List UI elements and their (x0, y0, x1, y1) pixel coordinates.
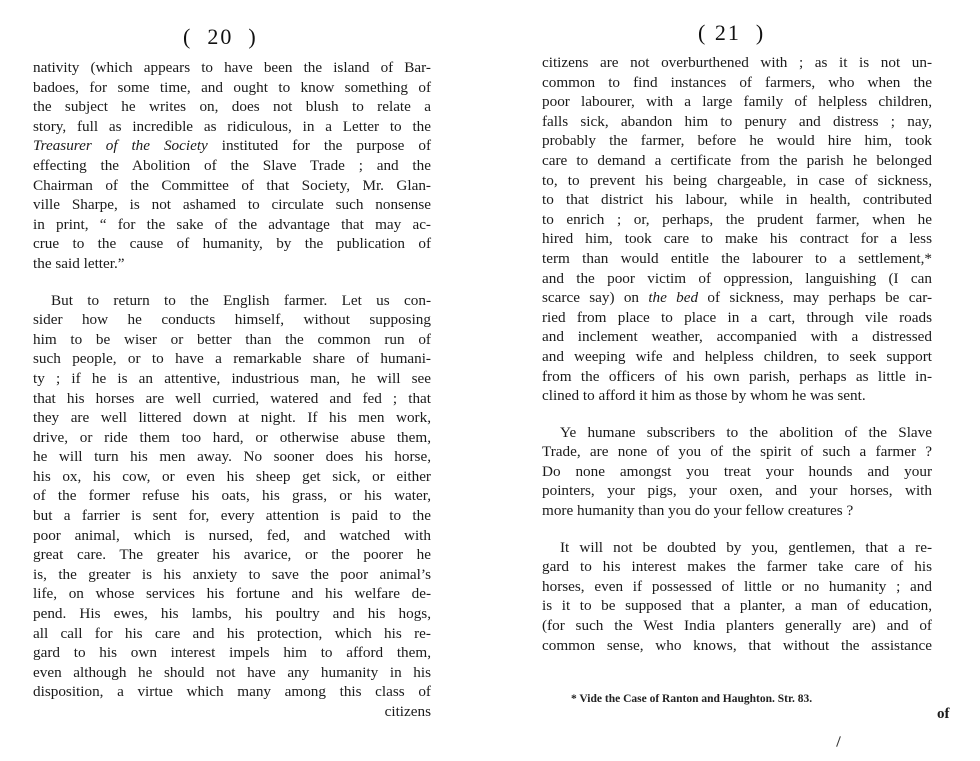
text-line: sider how he conducts himself, without s… (33, 310, 431, 330)
text-line: (for such the West India planters genera… (542, 616, 932, 636)
text-line: ville Sharpe, is not ashamed to circulat… (33, 195, 431, 215)
text-line: gard to his own interest impels him to a… (33, 643, 431, 663)
paragraph-gap (542, 521, 932, 538)
text-line: crue to the cause of humanity, by the pu… (33, 234, 431, 254)
text-line: he will turn his men away. No sooner doe… (33, 447, 431, 467)
text-line: effecting the Abolition of the Slave Tra… (33, 156, 431, 176)
catchword: citizens (33, 702, 431, 722)
text-line: even although he should not have any hum… (33, 663, 431, 683)
text-line: citizens are not overburthened with ; as… (542, 53, 932, 73)
text-line: It will not be doubted by you, gentlemen… (542, 538, 932, 558)
text-line: poor labourer, with a large family of he… (542, 92, 932, 112)
page-number: ( 20 ) (183, 24, 258, 50)
text-line: that his horses are well curried, watere… (33, 389, 431, 409)
text-line: is, the greater is his anxiety to save t… (33, 565, 431, 585)
text-line: nativity (which appears to have been the… (33, 58, 431, 78)
text-line: is it to be supposed that a planter, a m… (542, 596, 932, 616)
text-line: to, to prevent his being chargeable, in … (542, 171, 932, 191)
text-line: pointers, your pigs, your oxen, and your… (542, 481, 932, 501)
text-line: him to be wiser or better than the commo… (33, 330, 431, 350)
text-line: horses, even if possessed of little or n… (542, 577, 932, 597)
page-number: ( 21 ) (698, 20, 765, 46)
text-line: and inclement weather, accompanied with … (542, 327, 932, 347)
text-line: drive, or ride them too hard, or otherwi… (33, 428, 431, 448)
right-page: ( 21 ) citizens are not overburthened wi… (490, 0, 980, 761)
text-line: care to demand a certificate from the pa… (542, 151, 932, 171)
text-line: and weeping wife and helpless children, … (542, 347, 932, 367)
text-line: Treasurer of the Society instituted for … (33, 136, 431, 156)
text-line: common sense, who knows, that without th… (542, 636, 932, 656)
footnote: * Vide the Case of Ranton and Haughton. … (571, 693, 812, 705)
text-line: to that district his labour, while in he… (542, 190, 932, 210)
text-line: of the former refuse his oats, his grass… (33, 486, 431, 506)
text-line: scarce say) on the bed of sickness, may … (542, 288, 932, 308)
text-line: Trade, are none of you of the spirit of … (542, 442, 932, 462)
paragraph-gap (542, 406, 932, 423)
text-line: the said letter.” (33, 254, 431, 274)
left-page: ( 20 ) nativity (which appears to have b… (0, 0, 490, 761)
text-line: story, full as incredible as ridiculous,… (33, 117, 431, 137)
text-line: such people, or to have a remarkable sha… (33, 349, 431, 369)
text-line: life, on whose services his fortune and … (33, 584, 431, 604)
text-line: ty ; if he is an attentive, industrious … (33, 369, 431, 389)
text-line: more humanity than you do your fellow cr… (542, 501, 932, 521)
text-line: all call for his care and his protection… (33, 624, 431, 644)
text-line: they are well littered down at night. If… (33, 408, 431, 428)
text-line: badoes, for some time, and ought to know… (33, 78, 431, 98)
text-line: But to return to the English farmer. Let… (33, 291, 431, 311)
text-line: hired him, took care to make his contrac… (542, 229, 932, 249)
paragraph-gap (33, 274, 431, 291)
text-line: falls sick, abandon him to penury and di… (542, 112, 932, 132)
text-line: in print, “ for the sake of the advantag… (33, 215, 431, 235)
text-line: the subject he writes on, does not blush… (33, 97, 431, 117)
text-line: clined to afford it him as those by whom… (542, 386, 932, 406)
text-line: disposition, a virtue which many among t… (33, 682, 431, 702)
italic-text: Treasurer of the Society (33, 137, 208, 154)
text-line: Do none amongst you treat your hounds an… (542, 462, 932, 482)
text-line: but a farrier is sent for, every attenti… (33, 506, 431, 526)
right-page-body: citizens are not overburthened with ; as… (542, 53, 932, 655)
text-line: to enrich ; or, perhaps, the prudent far… (542, 210, 932, 230)
left-page-body: nativity (which appears to have been the… (33, 58, 431, 722)
text-line: Chairman of the Committee of that Societ… (33, 176, 431, 196)
text-line: from the officers of his own parish, per… (542, 367, 932, 387)
text-line: common to find instances of farmers, who… (542, 73, 932, 93)
text-line: and the poor victim of oppression, langu… (542, 269, 932, 289)
text-line: Ye humane subscribers to the abolition o… (542, 423, 932, 443)
catchword: of (937, 706, 950, 723)
text-line: probably the farmer, before he would hir… (542, 131, 932, 151)
text-line: great care. The greater his avarice, or … (33, 545, 431, 565)
text-line: term than would entitle the labourer to … (542, 249, 932, 269)
text-line: gard to his interest makes the farmer ta… (542, 557, 932, 577)
text-line: his ox, his cow, or even his sheep get s… (33, 467, 431, 487)
text-line: pend. His ewes, his lambs, his poultry a… (33, 604, 431, 624)
italic-text: the bed (648, 289, 698, 306)
text-line: ried from place to place in a cart, thro… (542, 308, 932, 328)
text-line: poor animal, which is nursed, fed, and w… (33, 526, 431, 546)
